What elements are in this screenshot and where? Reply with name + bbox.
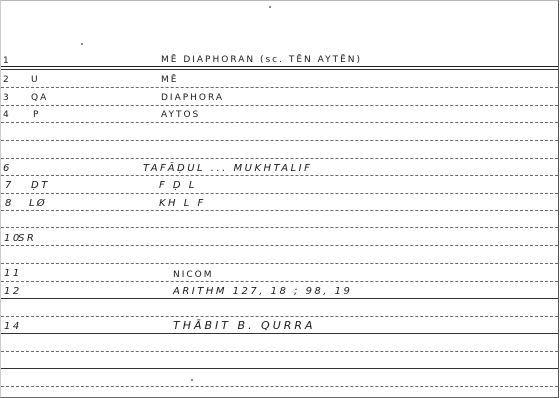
row-number: 3 [3,93,9,103]
ruled-line [1,210,558,211]
ruled-line [1,351,558,352]
ruled-line [1,87,558,88]
ruled-line [1,193,558,194]
ruled-line [1,140,558,141]
row-code: QA [31,93,48,103]
entry-text: NICOM [173,270,214,280]
row-number: 8 [5,199,14,209]
speck [81,43,83,45]
ruled-line [1,69,558,70]
row-number: 2 [3,75,9,85]
row-number: 1 [3,56,9,66]
entry-text: F Ḍ L [159,181,197,191]
row-code: U [31,75,40,85]
index-card: 1 MĒ DIAPHORAN (sc. TĒN AYTĒN) 2 U MĒ 3 … [0,0,559,398]
row-code: P [33,110,40,120]
ruled-line [1,368,558,369]
ruled-line [1,333,558,334]
entry-text: ARITHM 127, 18 ; 98, 19 [173,287,352,297]
ruled-line [1,245,558,246]
ruled-line [1,122,558,123]
entry-text: KH L F [159,199,206,209]
row-number: 12 [4,287,22,297]
ruled-line [1,105,558,106]
row-number: 4 [3,110,9,120]
entry-text: MĒ DIAPHORAN (sc. TĒN AYTĒN) [161,55,362,65]
ruled-line [1,66,558,67]
entry-text: DIAPHORA [161,93,224,103]
ruled-line [1,281,558,282]
entry-text: TAFĀḌUL ... MUKHTALIF [143,164,312,174]
entry-text: MĒ [161,75,178,85]
ruled-line [1,158,558,159]
row-code: SR [18,234,36,244]
ruled-line [1,227,558,228]
ruled-line [1,386,558,387]
row-number: 6 [3,164,12,174]
ruled-line [1,298,558,299]
row-code: ḌT [31,181,50,191]
row-code: LØ [29,199,47,209]
row-number: 14 [4,322,22,332]
ruled-line [1,316,558,317]
speck [269,6,271,8]
ruled-line [1,175,558,176]
speck [191,379,193,381]
entry-text: AYTOS [161,110,200,120]
ruled-line [1,263,558,264]
entry-text: THĀBIT B. QURRA [173,321,316,331]
row-number: 11 [4,269,22,279]
row-number: 7 [5,181,14,191]
